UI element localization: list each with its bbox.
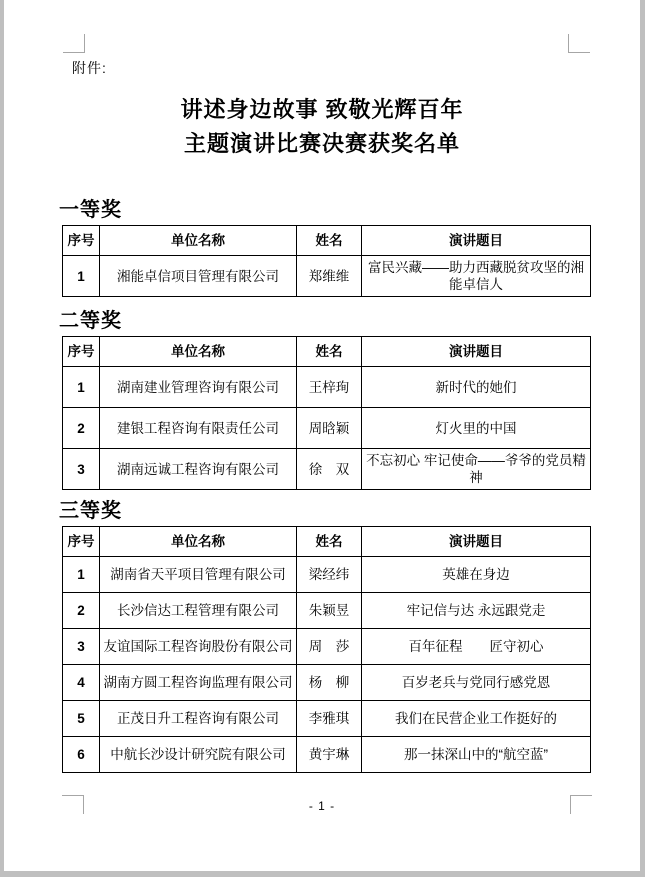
awards-table: 序号单位名称姓名演讲题目1湘能卓信项目管理有限公司郑维维富民兴藏——助力西藏脱贫… bbox=[62, 225, 591, 297]
section-heading: 一等奖 bbox=[59, 193, 640, 222]
crop-mark-top-left-icon bbox=[63, 34, 85, 53]
document-page: 附件: 讲述身边故事 致敬光辉百年 主题演讲比赛决赛获奖名单 一等奖序号单位名称… bbox=[0, 0, 645, 877]
cell-serial: 2 bbox=[63, 408, 100, 449]
column-header: 演讲题目 bbox=[362, 226, 591, 256]
cell-company: 湖南建业管理咨询有限公司 bbox=[100, 367, 297, 408]
cell-serial: 5 bbox=[63, 701, 100, 737]
crop-mark-top-right-icon bbox=[568, 34, 590, 53]
cell-serial: 3 bbox=[63, 449, 100, 490]
cell-serial: 1 bbox=[63, 557, 100, 593]
table-header-row: 序号单位名称姓名演讲题目 bbox=[63, 337, 591, 367]
cell-name: 李雅琪 bbox=[297, 701, 362, 737]
attachment-label: 附件: bbox=[72, 58, 640, 78]
cell-company: 湖南远诚工程咨询有限公司 bbox=[100, 449, 297, 490]
cell-company: 湖南方圆工程咨询监理有限公司 bbox=[100, 665, 297, 701]
cell-company: 湖南省天平项目管理有限公司 bbox=[100, 557, 297, 593]
award-section: 一等奖序号单位名称姓名演讲题目1湘能卓信项目管理有限公司郑维维富民兴藏——助力西… bbox=[4, 193, 640, 297]
cell-serial: 2 bbox=[63, 593, 100, 629]
column-header: 姓名 bbox=[297, 337, 362, 367]
cell-topic: 灯火里的中国 bbox=[362, 408, 591, 449]
table-row: 1湘能卓信项目管理有限公司郑维维富民兴藏——助力西藏脱贫攻坚的湘能卓信人 bbox=[63, 256, 591, 297]
cell-name: 朱颖昱 bbox=[297, 593, 362, 629]
column-header: 序号 bbox=[63, 226, 100, 256]
cell-topic: 新时代的她们 bbox=[362, 367, 591, 408]
column-header: 序号 bbox=[63, 337, 100, 367]
cell-name: 周 莎 bbox=[297, 629, 362, 665]
document-title-line2: 主题演讲比赛决赛获奖名单 bbox=[4, 127, 640, 161]
document-title-line1: 讲述身边故事 致敬光辉百年 bbox=[4, 93, 640, 127]
table-row: 2长沙信达工程管理有限公司朱颖昱牢记信与达 永远跟党走 bbox=[63, 593, 591, 629]
table-header-row: 序号单位名称姓名演讲题目 bbox=[63, 226, 591, 256]
table-row: 1湖南省天平项目管理有限公司梁经纬英雄在身边 bbox=[63, 557, 591, 593]
award-section: 二等奖序号单位名称姓名演讲题目1湖南建业管理咨询有限公司王梓珣新时代的她们2建银… bbox=[4, 304, 640, 490]
document-title: 讲述身边故事 致敬光辉百年 主题演讲比赛决赛获奖名单 bbox=[4, 93, 640, 161]
cell-company: 正茂日升工程咨询有限公司 bbox=[100, 701, 297, 737]
table-row: 5正茂日升工程咨询有限公司李雅琪我们在民营企业工作挺好的 bbox=[63, 701, 591, 737]
column-header: 单位名称 bbox=[100, 226, 297, 256]
cell-topic: 百年征程 匠守初心 bbox=[362, 629, 591, 665]
column-header: 演讲题目 bbox=[362, 337, 591, 367]
award-section: 三等奖序号单位名称姓名演讲题目1湖南省天平项目管理有限公司梁经纬英雄在身边2长沙… bbox=[4, 494, 640, 773]
cell-serial: 3 bbox=[63, 629, 100, 665]
cell-serial: 1 bbox=[63, 256, 100, 297]
column-header: 姓名 bbox=[297, 527, 362, 557]
cell-name: 周晗颖 bbox=[297, 408, 362, 449]
cell-company: 友谊国际工程咨询股份有限公司 bbox=[100, 629, 297, 665]
table-row: 3湖南远诚工程咨询有限公司徐 双不忘初心 牢记使命——爷爷的党员精神 bbox=[63, 449, 591, 490]
cell-name: 郑维维 bbox=[297, 256, 362, 297]
section-heading: 二等奖 bbox=[59, 304, 640, 333]
cell-name: 徐 双 bbox=[297, 449, 362, 490]
page-number: - 1 - bbox=[4, 799, 640, 813]
cell-topic: 英雄在身边 bbox=[362, 557, 591, 593]
cell-serial: 1 bbox=[63, 367, 100, 408]
table-row: 2建银工程咨询有限责任公司周晗颖灯火里的中国 bbox=[63, 408, 591, 449]
cell-company: 湘能卓信项目管理有限公司 bbox=[100, 256, 297, 297]
cell-topic: 我们在民营企业工作挺好的 bbox=[362, 701, 591, 737]
table-header-row: 序号单位名称姓名演讲题目 bbox=[63, 527, 591, 557]
cell-topic: 那一抹深山中的“航空蓝” bbox=[362, 737, 591, 773]
award-sections: 一等奖序号单位名称姓名演讲题目1湘能卓信项目管理有限公司郑维维富民兴藏——助力西… bbox=[4, 193, 640, 773]
awards-table: 序号单位名称姓名演讲题目1湖南省天平项目管理有限公司梁经纬英雄在身边2长沙信达工… bbox=[62, 526, 591, 773]
column-header: 姓名 bbox=[297, 226, 362, 256]
cell-company: 长沙信达工程管理有限公司 bbox=[100, 593, 297, 629]
cell-company: 中航长沙设计研究院有限公司 bbox=[100, 737, 297, 773]
cell-topic: 百岁老兵与党同行感党恩 bbox=[362, 665, 591, 701]
table-row: 4湖南方圆工程咨询监理有限公司杨 柳百岁老兵与党同行感党恩 bbox=[63, 665, 591, 701]
cell-name: 黄宇琳 bbox=[297, 737, 362, 773]
column-header: 演讲题目 bbox=[362, 527, 591, 557]
cell-company: 建银工程咨询有限责任公司 bbox=[100, 408, 297, 449]
cell-topic: 富民兴藏——助力西藏脱贫攻坚的湘能卓信人 bbox=[362, 256, 591, 297]
cell-topic: 不忘初心 牢记使命——爷爷的党员精神 bbox=[362, 449, 591, 490]
table-row: 3友谊国际工程咨询股份有限公司周 莎百年征程 匠守初心 bbox=[63, 629, 591, 665]
awards-table: 序号单位名称姓名演讲题目1湖南建业管理咨询有限公司王梓珣新时代的她们2建银工程咨… bbox=[62, 336, 591, 490]
column-header: 单位名称 bbox=[100, 527, 297, 557]
cell-topic: 牢记信与达 永远跟党走 bbox=[362, 593, 591, 629]
table-row: 6中航长沙设计研究院有限公司黄宇琳那一抹深山中的“航空蓝” bbox=[63, 737, 591, 773]
column-header: 序号 bbox=[63, 527, 100, 557]
table-row: 1湖南建业管理咨询有限公司王梓珣新时代的她们 bbox=[63, 367, 591, 408]
cell-name: 杨 柳 bbox=[297, 665, 362, 701]
cell-name: 王梓珣 bbox=[297, 367, 362, 408]
cell-serial: 6 bbox=[63, 737, 100, 773]
section-heading: 三等奖 bbox=[59, 494, 640, 523]
cell-serial: 4 bbox=[63, 665, 100, 701]
column-header: 单位名称 bbox=[100, 337, 297, 367]
cell-name: 梁经纬 bbox=[297, 557, 362, 593]
